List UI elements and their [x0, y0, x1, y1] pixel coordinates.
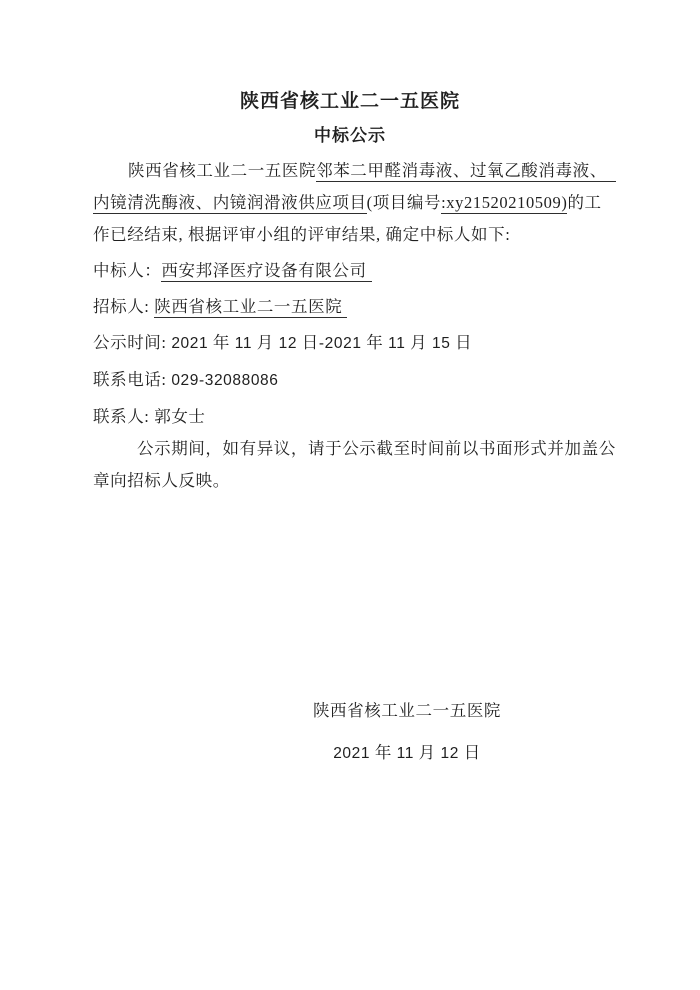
closing-line-1: 公示期间，如有异议，请于公示截至时间前以书面形式并加盖公: [93, 433, 607, 465]
phone-label: 联系电话:: [93, 370, 171, 389]
signature-block: 陕西省核工业二一五医院 2021 年 11 月 12 日: [150, 695, 664, 770]
phone-value: 029-32088086: [171, 370, 278, 389]
intro-paragraph: 陕西省核工业二一五医院邻苯二甲醛消毒液、过氧乙酸消毒液、 内镜清洗酶液、内镜润滑…: [93, 155, 607, 251]
winner-label: 中标人：: [93, 261, 161, 280]
project-name-part-1: 邻苯二甲醛消毒液、过氧乙酸消毒液、: [316, 161, 616, 182]
intro-line-3: 作已经结束, 根据评审小组的评审结果, 确定中标人如下:: [93, 219, 607, 251]
publicity-period-row: 公示时间: 2021 年 11 月 12 日-2021 年 11 月 15 日: [93, 327, 607, 360]
signature-org: 陕西省核工业二一五医院: [150, 695, 664, 727]
phone-row: 联系电话: 029-32088086: [93, 364, 607, 397]
document-page: 陕西省核工业二一五医院 中标公示 陕西省核工业二一五医院邻苯二甲醛消毒液、过氧乙…: [0, 0, 700, 990]
intro-line-2-tail: 的工: [567, 193, 601, 212]
contact-value: 郭女士: [154, 407, 205, 426]
project-number-label: (项目编号: [367, 193, 442, 212]
closing-paragraph: 公示期间，如有异议，请于公示截至时间前以书面形式并加盖公 章向招标人反映。: [93, 433, 607, 497]
project-number: :xy21520210509): [441, 193, 567, 214]
tenderer-label: 招标人:: [93, 297, 154, 316]
intro-line-1: 陕西省核工业二一五医院邻苯二甲醛消毒液、过氧乙酸消毒液、: [93, 155, 607, 187]
tenderer-value: 陕西省核工业二一五医院: [154, 297, 347, 318]
publicity-period-label: 公示时间:: [93, 333, 171, 352]
project-name-part-2: 内镜清洗酶液、内镜润滑液供应项目: [93, 193, 367, 214]
tenderer-row: 招标人: 陕西省核工业二一五医院: [93, 291, 607, 323]
document-subtitle: 中标公示: [93, 123, 607, 149]
signature-date: 2021 年 11 月 12 日: [150, 737, 664, 770]
winner-value: 西安邦泽医疗设备有限公司: [161, 261, 371, 282]
publicity-period-value: 2021 年 11 月 12 日-2021 年 11 月 15 日: [171, 333, 472, 352]
document-title: 陕西省核工业二一五医院: [93, 87, 607, 117]
contact-row: 联系人: 郭女士: [93, 401, 607, 433]
intro-line-2: 内镜清洗酶液、内镜润滑液供应项目(项目编号:xy21520210509)的工: [93, 187, 607, 219]
closing-line-2: 章向招标人反映。: [93, 465, 607, 497]
contact-label: 联系人:: [93, 407, 154, 426]
document-content: 陕西省核工业二一五医院 中标公示 陕西省核工业二一五医院邻苯二甲醛消毒液、过氧乙…: [0, 0, 700, 770]
winner-row: 中标人：西安邦泽医疗设备有限公司: [93, 255, 607, 287]
intro-line-1-normal: 陕西省核工业二一五医院: [128, 161, 316, 180]
